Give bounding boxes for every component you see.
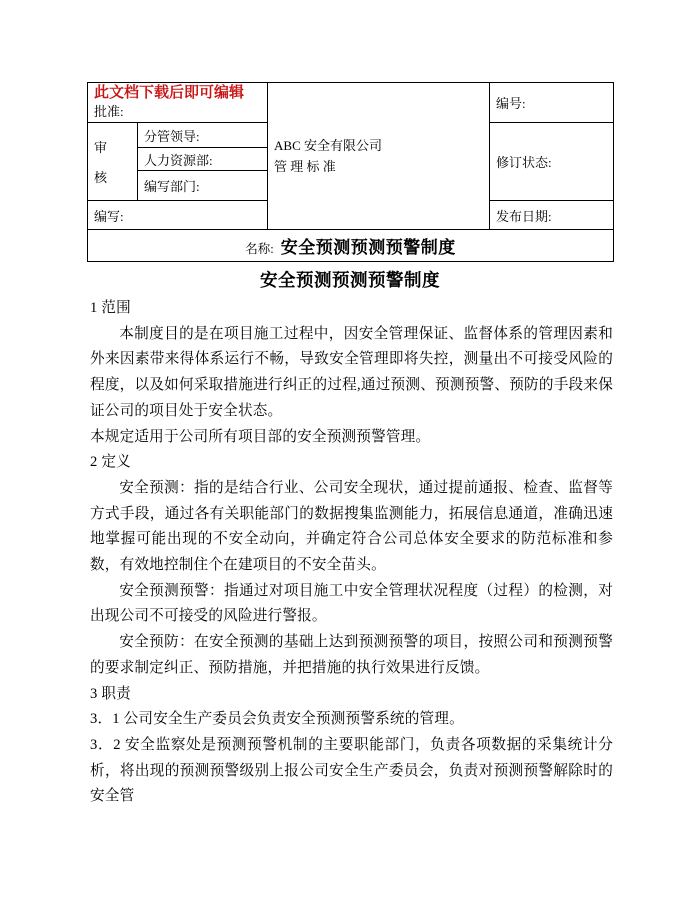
document-page: 此文档下载后即可编辑 批准: ABC 安全有限公司 管 理 标 准 编号: 审 … (0, 0, 700, 905)
company-cell: ABC 安全有限公司 管 理 标 准 (268, 83, 490, 230)
edit-notice-text: 此文档下载后即可编辑 (94, 84, 261, 103)
sub-leader-cell: 分管领导: (138, 123, 268, 148)
approve-cell: 此文档下载后即可编辑 批准: (88, 83, 268, 123)
hr-dept-cell: 人力资源部: (138, 148, 268, 171)
paragraph: 3．2 安全监察处是预测预警机制的主要职能部门，负责各项数据的采集统计分析，将出… (90, 733, 613, 810)
document-header-table: 此文档下载后即可编辑 批准: ABC 安全有限公司 管 理 标 准 编号: 审 … (87, 82, 614, 262)
document-title: 安全预测预测预警制度 (87, 267, 613, 294)
doc-name-value: 安全预测预测预警制度 (281, 238, 456, 257)
paragraph: 安全预测：指的是结合行业、公司安全现状，通过提前通报、检查、监督等方式手段，通过… (90, 476, 613, 579)
revision-status-cell: 修订状态: (490, 123, 614, 201)
doc-name-cell: 名称:安全预测预测预警制度 (88, 230, 614, 262)
paragraph: 本规定适用于公司所有项目部的安全预测预警管理。 (90, 425, 613, 451)
section-heading-scope: 1 范围 (90, 296, 613, 322)
paragraph: 安全预防：在安全预测的基础上达到预测预警的项目，按照公司和预测预警的要求制定纠正… (90, 630, 613, 681)
review-char-top: 审 (94, 137, 107, 156)
paragraph: 本制度目的是在项目施工过程中，因安全管理保证、监督体系的管理因素和外来因素带来得… (90, 322, 613, 425)
name-label: 名称: (245, 242, 273, 256)
company-name: ABC 安全有限公司 (274, 135, 483, 156)
write-dept-cell: 编写部门: (138, 171, 268, 201)
approve-label: 批准: (94, 103, 261, 121)
section-heading-duties: 3 职责 (90, 682, 613, 708)
section-heading-definitions: 2 定义 (90, 450, 613, 476)
company-subtitle: 管 理 标 准 (274, 156, 483, 177)
release-date-cell: 发布日期: (490, 201, 614, 230)
doc-number-cell: 编号: (490, 83, 614, 123)
writer-cell: 编写: (88, 201, 268, 230)
paragraph: 安全预测预警：指通过对项目施工中安全管理状况程度（过程）的检测，对出现公司不可接… (90, 579, 613, 630)
review-cell: 审 核 (88, 123, 138, 201)
paragraph: 3．1 公司安全生产委员会负责安全预测预警系统的管理。 (90, 707, 613, 733)
review-char-bottom: 核 (94, 167, 107, 186)
document-body: 1 范围 本制度目的是在项目施工过程中，因安全管理保证、监督体系的管理因素和外来… (90, 296, 613, 810)
